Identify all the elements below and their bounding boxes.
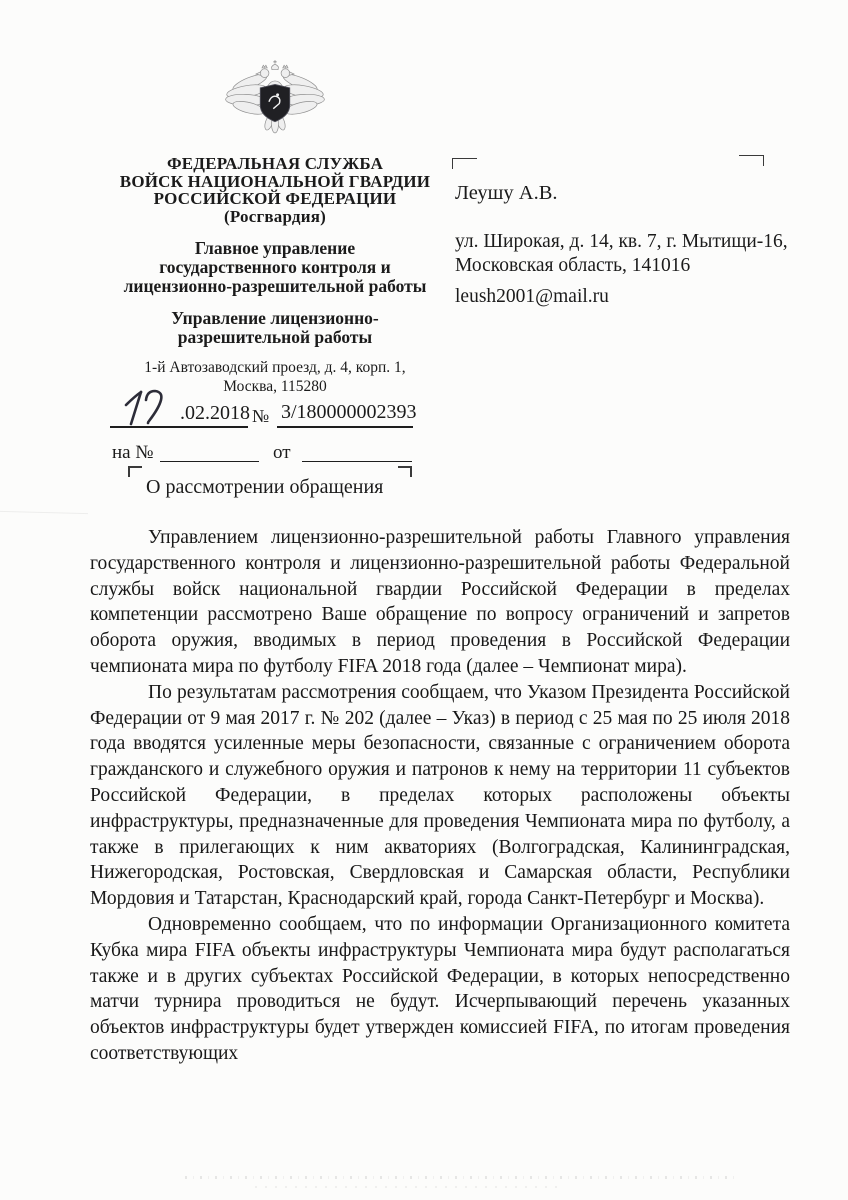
letter-body: Управлением лицензионно-разрешительной р… bbox=[90, 525, 790, 1067]
scan-noise-artifact bbox=[185, 1176, 740, 1179]
recipient-address: ул. Широкая, д. 14, кв. 7, г. Мытищи-16,… bbox=[455, 230, 788, 277]
document-number: 3/180000002393 bbox=[281, 401, 417, 424]
org-name-line4: (Росгвардия) bbox=[98, 208, 452, 226]
body-paragraph-1: Управлением лицензионно-разрешительной р… bbox=[90, 525, 790, 680]
recipient-address-line2: Московская область, 141016 bbox=[455, 254, 788, 278]
reply-to-date-label: от bbox=[273, 442, 291, 464]
department-line2: государственного контроля и bbox=[98, 258, 452, 277]
recipient-corner-mark-right bbox=[739, 155, 764, 166]
body-paragraph-3: Одновременно сообщаем, что по информации… bbox=[90, 912, 790, 1067]
body-paragraph-2: По результатам рассмотрения сообщаем, чт… bbox=[90, 680, 790, 912]
number-underline bbox=[277, 426, 413, 428]
subject-line: О рассмотрении обращения bbox=[146, 476, 383, 499]
reply-date-underline bbox=[302, 461, 412, 462]
org-name-line1: ФЕДЕРАЛЬНАЯ СЛУЖБА bbox=[98, 155, 452, 173]
subdepartment-name: Управление лицензионно- разрешительной р… bbox=[98, 309, 452, 347]
subdepartment-line2: разрешительной работы bbox=[98, 328, 452, 347]
rosgvardia-emblem-icon bbox=[223, 60, 327, 145]
scan-noise-artifact bbox=[255, 1186, 565, 1188]
recipient-address-line1: ул. Широкая, д. 14, кв. 7, г. Мытищи-16, bbox=[455, 230, 788, 254]
scan-crease-artifact bbox=[0, 511, 88, 514]
number-sign: № bbox=[252, 406, 269, 427]
org-name-line2: ВОЙСК НАЦИОНАЛЬНОЙ ГВАРДИИ bbox=[98, 173, 452, 191]
date-underline bbox=[110, 426, 248, 428]
subject-corner-mark-left bbox=[128, 466, 142, 477]
department-line1: Главное управление bbox=[98, 239, 452, 258]
org-name-line3: РОССИЙСКОЙ ФЕДЕРАЦИИ bbox=[98, 190, 452, 208]
org-name: ФЕДЕРАЛЬНАЯ СЛУЖБА ВОЙСК НАЦИОНАЛЬНОЙ ГВ… bbox=[98, 155, 452, 225]
recipient-email: leush2001@mail.ru bbox=[455, 286, 609, 308]
subject-corner-mark-right bbox=[398, 466, 412, 477]
recipient-corner-mark-left bbox=[452, 158, 477, 169]
reply-number-underline bbox=[160, 461, 259, 462]
department-name: Главное управление государственного конт… bbox=[98, 239, 452, 296]
recipient-name: Леушу А.В. bbox=[455, 182, 558, 205]
org-address-line1: 1-й Автозаводский проезд, д. 4, корп. 1, bbox=[98, 359, 452, 378]
letterhead: ФЕДЕРАЛЬНАЯ СЛУЖБА ВОЙСК НАЦИОНАЛЬНОЙ ГВ… bbox=[98, 60, 452, 396]
department-line3: лицензионно-разрешительной работы bbox=[98, 277, 452, 296]
subdepartment-line1: Управление лицензионно- bbox=[98, 309, 452, 328]
date-printed: .02.2018 bbox=[180, 402, 250, 425]
scanned-letter-page: ФЕДЕРАЛЬНАЯ СЛУЖБА ВОЙСК НАЦИОНАЛЬНОЙ ГВ… bbox=[0, 0, 848, 1200]
reply-to-number-label: на № bbox=[112, 442, 153, 464]
